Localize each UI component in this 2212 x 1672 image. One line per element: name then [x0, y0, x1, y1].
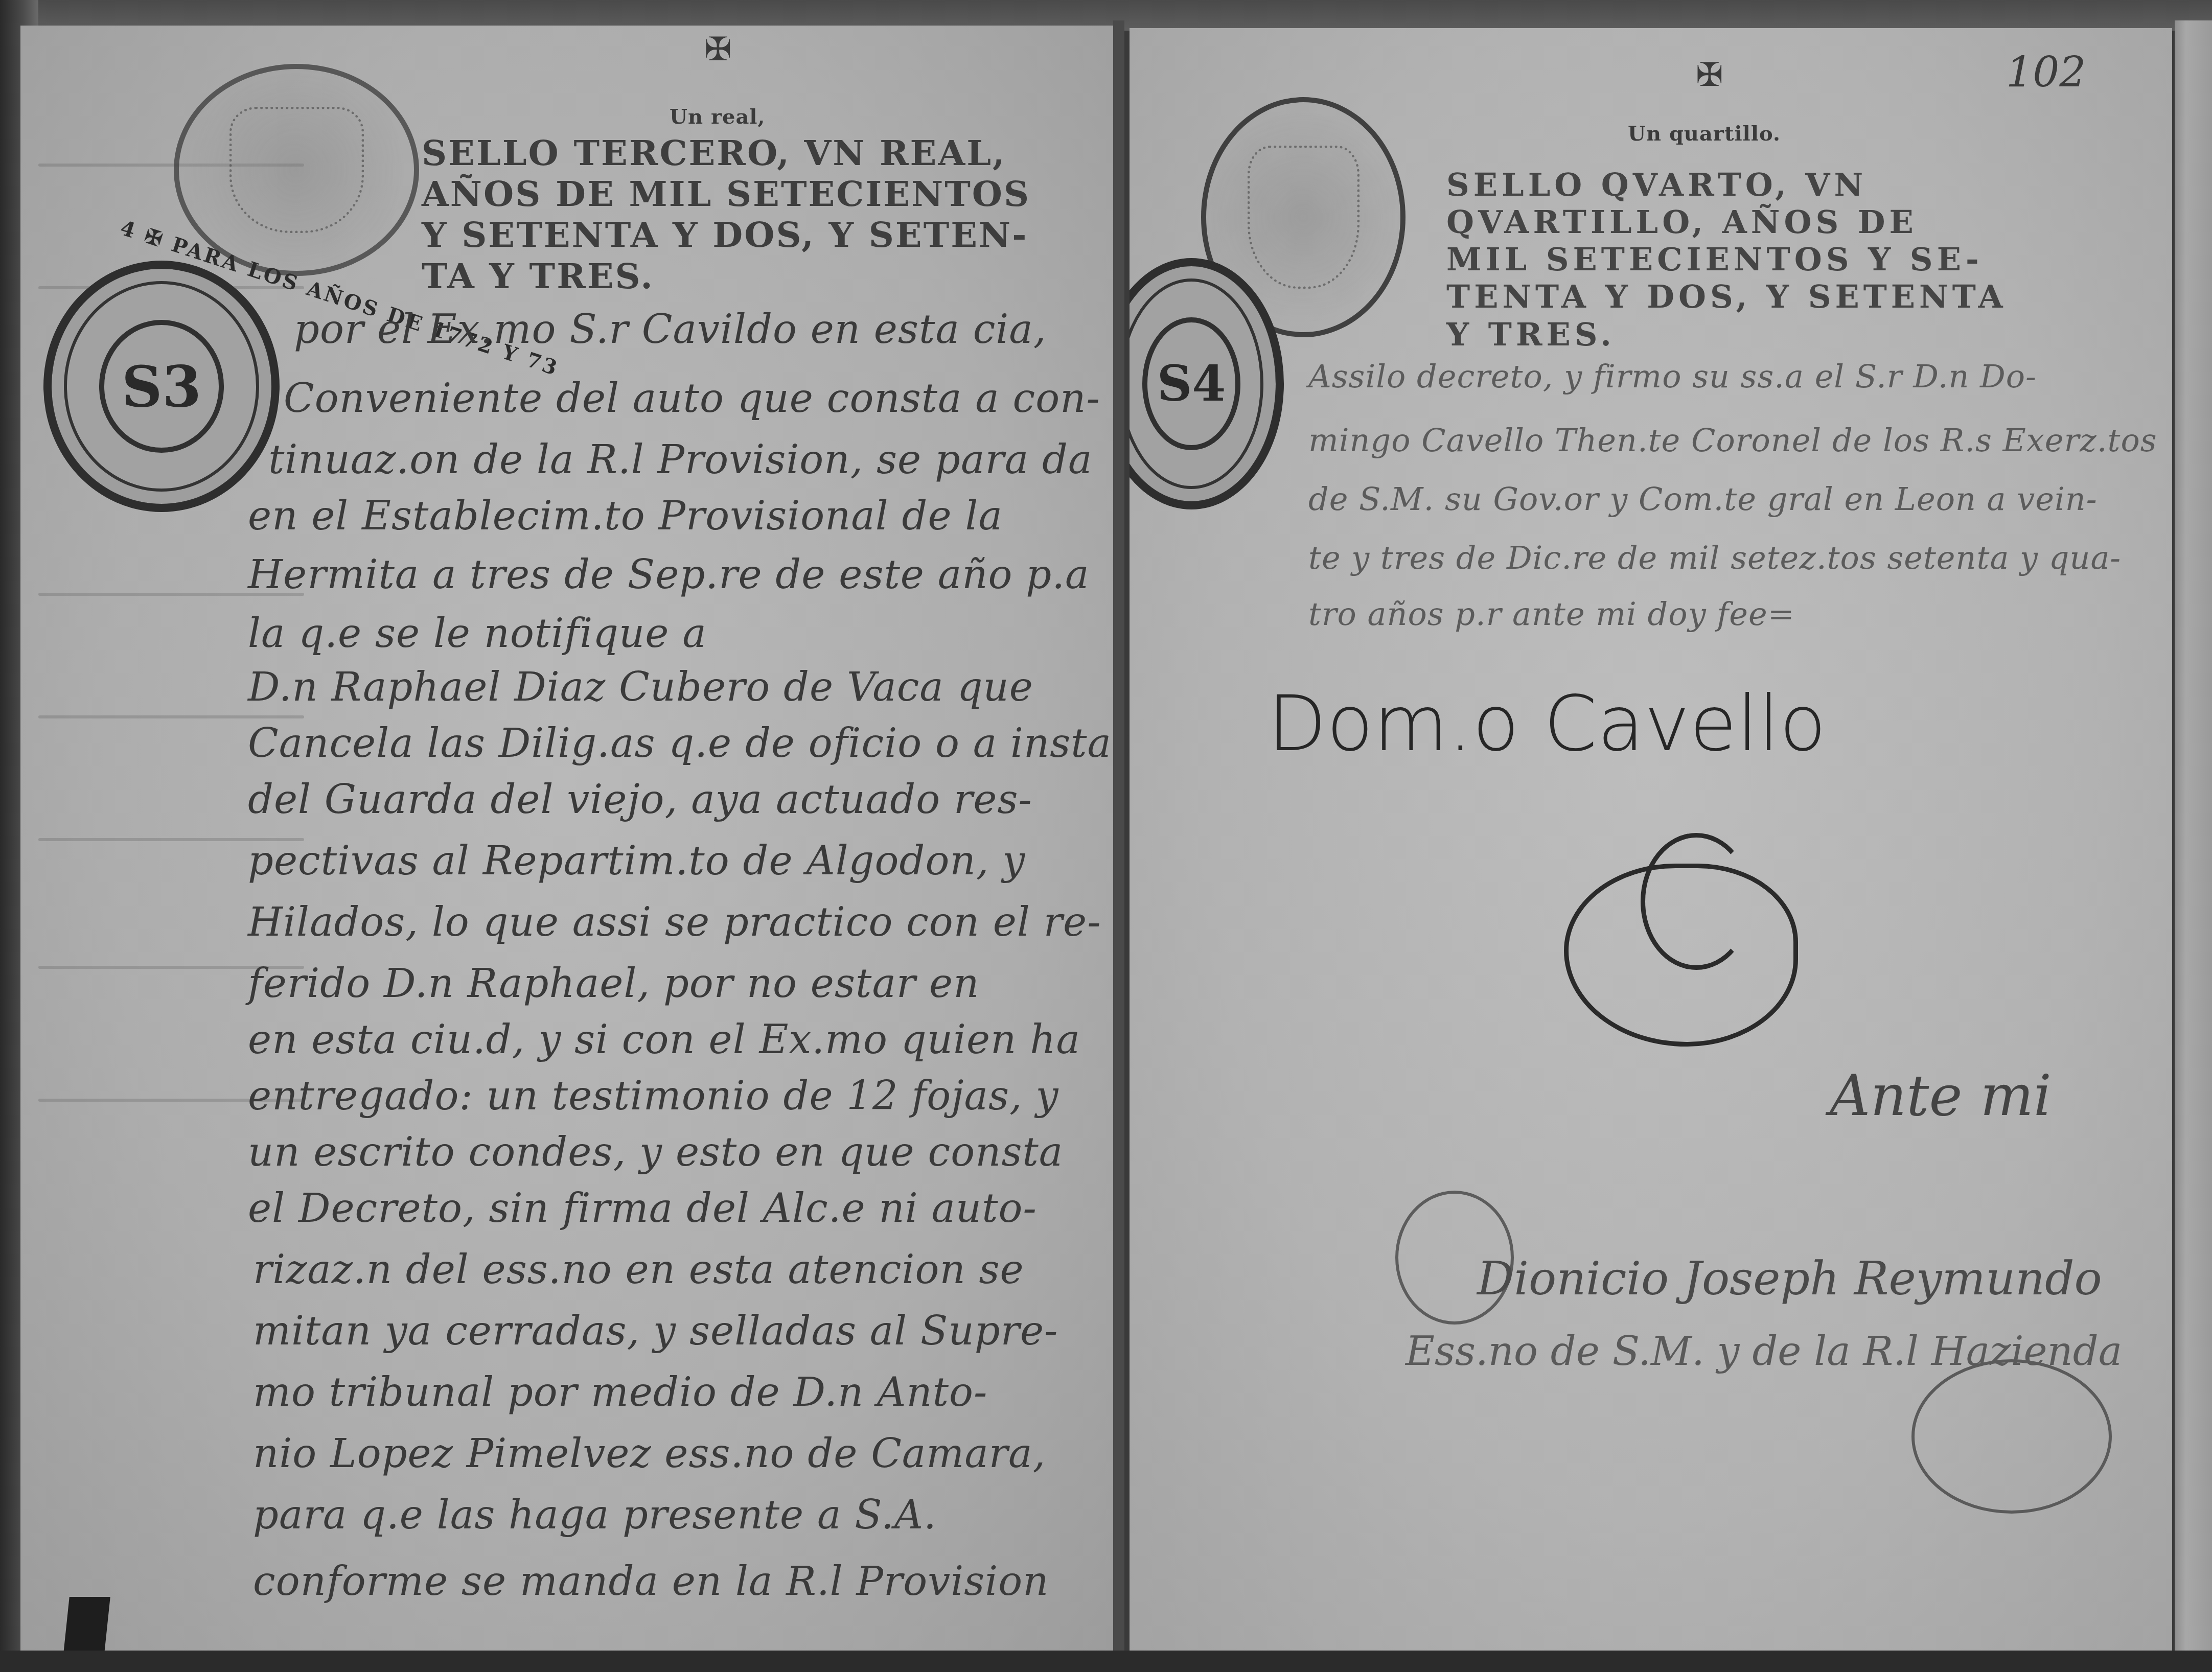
stamp-header-line: SELLO QVARTO, VN	[1446, 166, 2007, 203]
stamp-denomination: Un real,	[670, 105, 765, 129]
manuscript-line: mo tribunal por medio de D.n Anto-	[253, 1369, 987, 1415]
manuscript-line: Cancela las Dilig.as q.e de oficio o a i…	[248, 721, 1197, 767]
seal-symbol: S	[1157, 356, 1192, 412]
manuscript-line: por el Ex.mo S.r Cavildo en esta cia,	[294, 307, 1047, 353]
manuscript-line: Hilados, lo que assi se practico con el …	[248, 899, 1101, 945]
manuscript-line: de S.M. su Gov.or y Com.te gral en Leon …	[1308, 480, 2098, 518]
folio-number: 102	[2006, 49, 2086, 97]
scan-bottom-border	[0, 1651, 2212, 1672]
book-right-edge	[2175, 20, 2212, 1656]
cross-icon: ✠	[704, 31, 732, 68]
page-clip-shadow	[63, 1597, 110, 1653]
cross-icon: ✠	[1696, 56, 1723, 94]
stamp-header-line: AÑOS DE MIL SETECIENTOS	[422, 174, 1030, 215]
manuscript-line: pectivas al Repartim.to de Algodon, y	[248, 838, 1025, 884]
manuscript-line: en el Establecim.to Provisional de la	[248, 493, 1003, 539]
stamp-header-line: QVARTILLO, AÑOS DE	[1446, 203, 2007, 241]
stamp-header-line: TA Y TRES.	[422, 256, 1030, 297]
manuscript-line: el Decreto, sin firma del Alc.e ni auto-	[248, 1186, 1037, 1232]
manuscript-line: mingo Cavello Then.te Coronel de los R.s…	[1308, 422, 2157, 459]
manuscript-line: en esta ciu.d, y si con el Ex.mo quien h…	[248, 1017, 1080, 1063]
stamp-denomination: Un quartillo.	[1628, 122, 1781, 146]
signature-notary: Dionicio Joseph Reymundo	[1477, 1252, 2102, 1306]
manuscript-line: Assilo decreto, y firmo su ss.a el S.r D…	[1308, 358, 2037, 395]
seal-center: S3	[99, 320, 224, 452]
seal-number: 3	[162, 354, 201, 420]
book-gutter	[1113, 20, 1124, 1656]
seal-center: S4	[1142, 317, 1240, 450]
manuscript-line: Hermita a tres de Sep.re de este año p.a	[248, 552, 1089, 598]
manuscript-line: del Guarda del viejo, aya actuado res-	[248, 777, 1032, 823]
rubric-flourish	[1641, 833, 1752, 970]
rubric-flourish	[1911, 1359, 2112, 1514]
tax-seal-stamp: S4	[1099, 258, 1284, 509]
bleed-through-ink	[38, 715, 304, 718]
coat-of-arms-icon	[229, 107, 364, 233]
stamp-header-line: TENTA Y DOS, Y SETENTA	[1446, 278, 2007, 315]
signature-cavello: Dom.o Cavello	[1268, 680, 1826, 769]
manuscript-line: para q.e las haga presente a S.A.	[253, 1492, 937, 1538]
seal-symbol: S	[122, 354, 162, 420]
stamp-header-line: Y SETENTA Y DOS, Y SETEN-	[422, 215, 1030, 256]
crown-crest-icon	[1248, 146, 1360, 289]
manuscript-line: D.n Raphael Diaz Cubero de Vaca que	[248, 664, 1033, 710]
stamp-header-line: Y TRES.	[1446, 316, 2007, 353]
stamp-header-left: SELLO TERCERO, VN REAL, AÑOS DE MIL SETE…	[422, 133, 1030, 297]
tax-seal-stamp: S3	[43, 261, 280, 512]
manuscript-line: tro años p.r ante mi doy fee=	[1308, 595, 1795, 633]
manuscript-line: un escrito condes, y esto en que consta	[248, 1129, 1063, 1175]
ante-mi-attestation: Ante mi	[1830, 1063, 2052, 1128]
manuscript-line: conforme se manda en la R.l Provision	[253, 1559, 1049, 1605]
stamp-header-line: MIL SETECIENTOS Y SE-	[1446, 241, 2007, 278]
stamp-header-right: SELLO QVARTO, VN QVARTILLO, AÑOS DE MIL …	[1446, 166, 2007, 353]
manuscript-line: mitan ya cerradas, y selladas al Supre-	[253, 1308, 1058, 1354]
manuscript-line: entregado: un testimonio de 12 fojas, y	[248, 1073, 1059, 1119]
stamp-header-line: SELLO TERCERO, VN REAL,	[422, 133, 1030, 174]
manuscript-line: te y tres de Dic.re de mil setez.tos set…	[1308, 539, 2121, 576]
manuscript-line: la q.e se le notifique a	[248, 611, 707, 657]
seal-number: 4	[1192, 356, 1226, 412]
manuscript-line: tinuaz.on de la R.l Provision, se para d…	[268, 437, 1092, 483]
manuscript-line: Conveniente del auto que consta a con-	[284, 376, 1100, 422]
manuscript-line: rizaz.n del ess.no en esta atencion se	[253, 1247, 1024, 1293]
manuscript-line: nio Lopez Pimelvez ess.no de Camara,	[253, 1431, 1046, 1477]
manuscript-line: ferido D.n Raphael, por no estar en	[248, 961, 979, 1007]
